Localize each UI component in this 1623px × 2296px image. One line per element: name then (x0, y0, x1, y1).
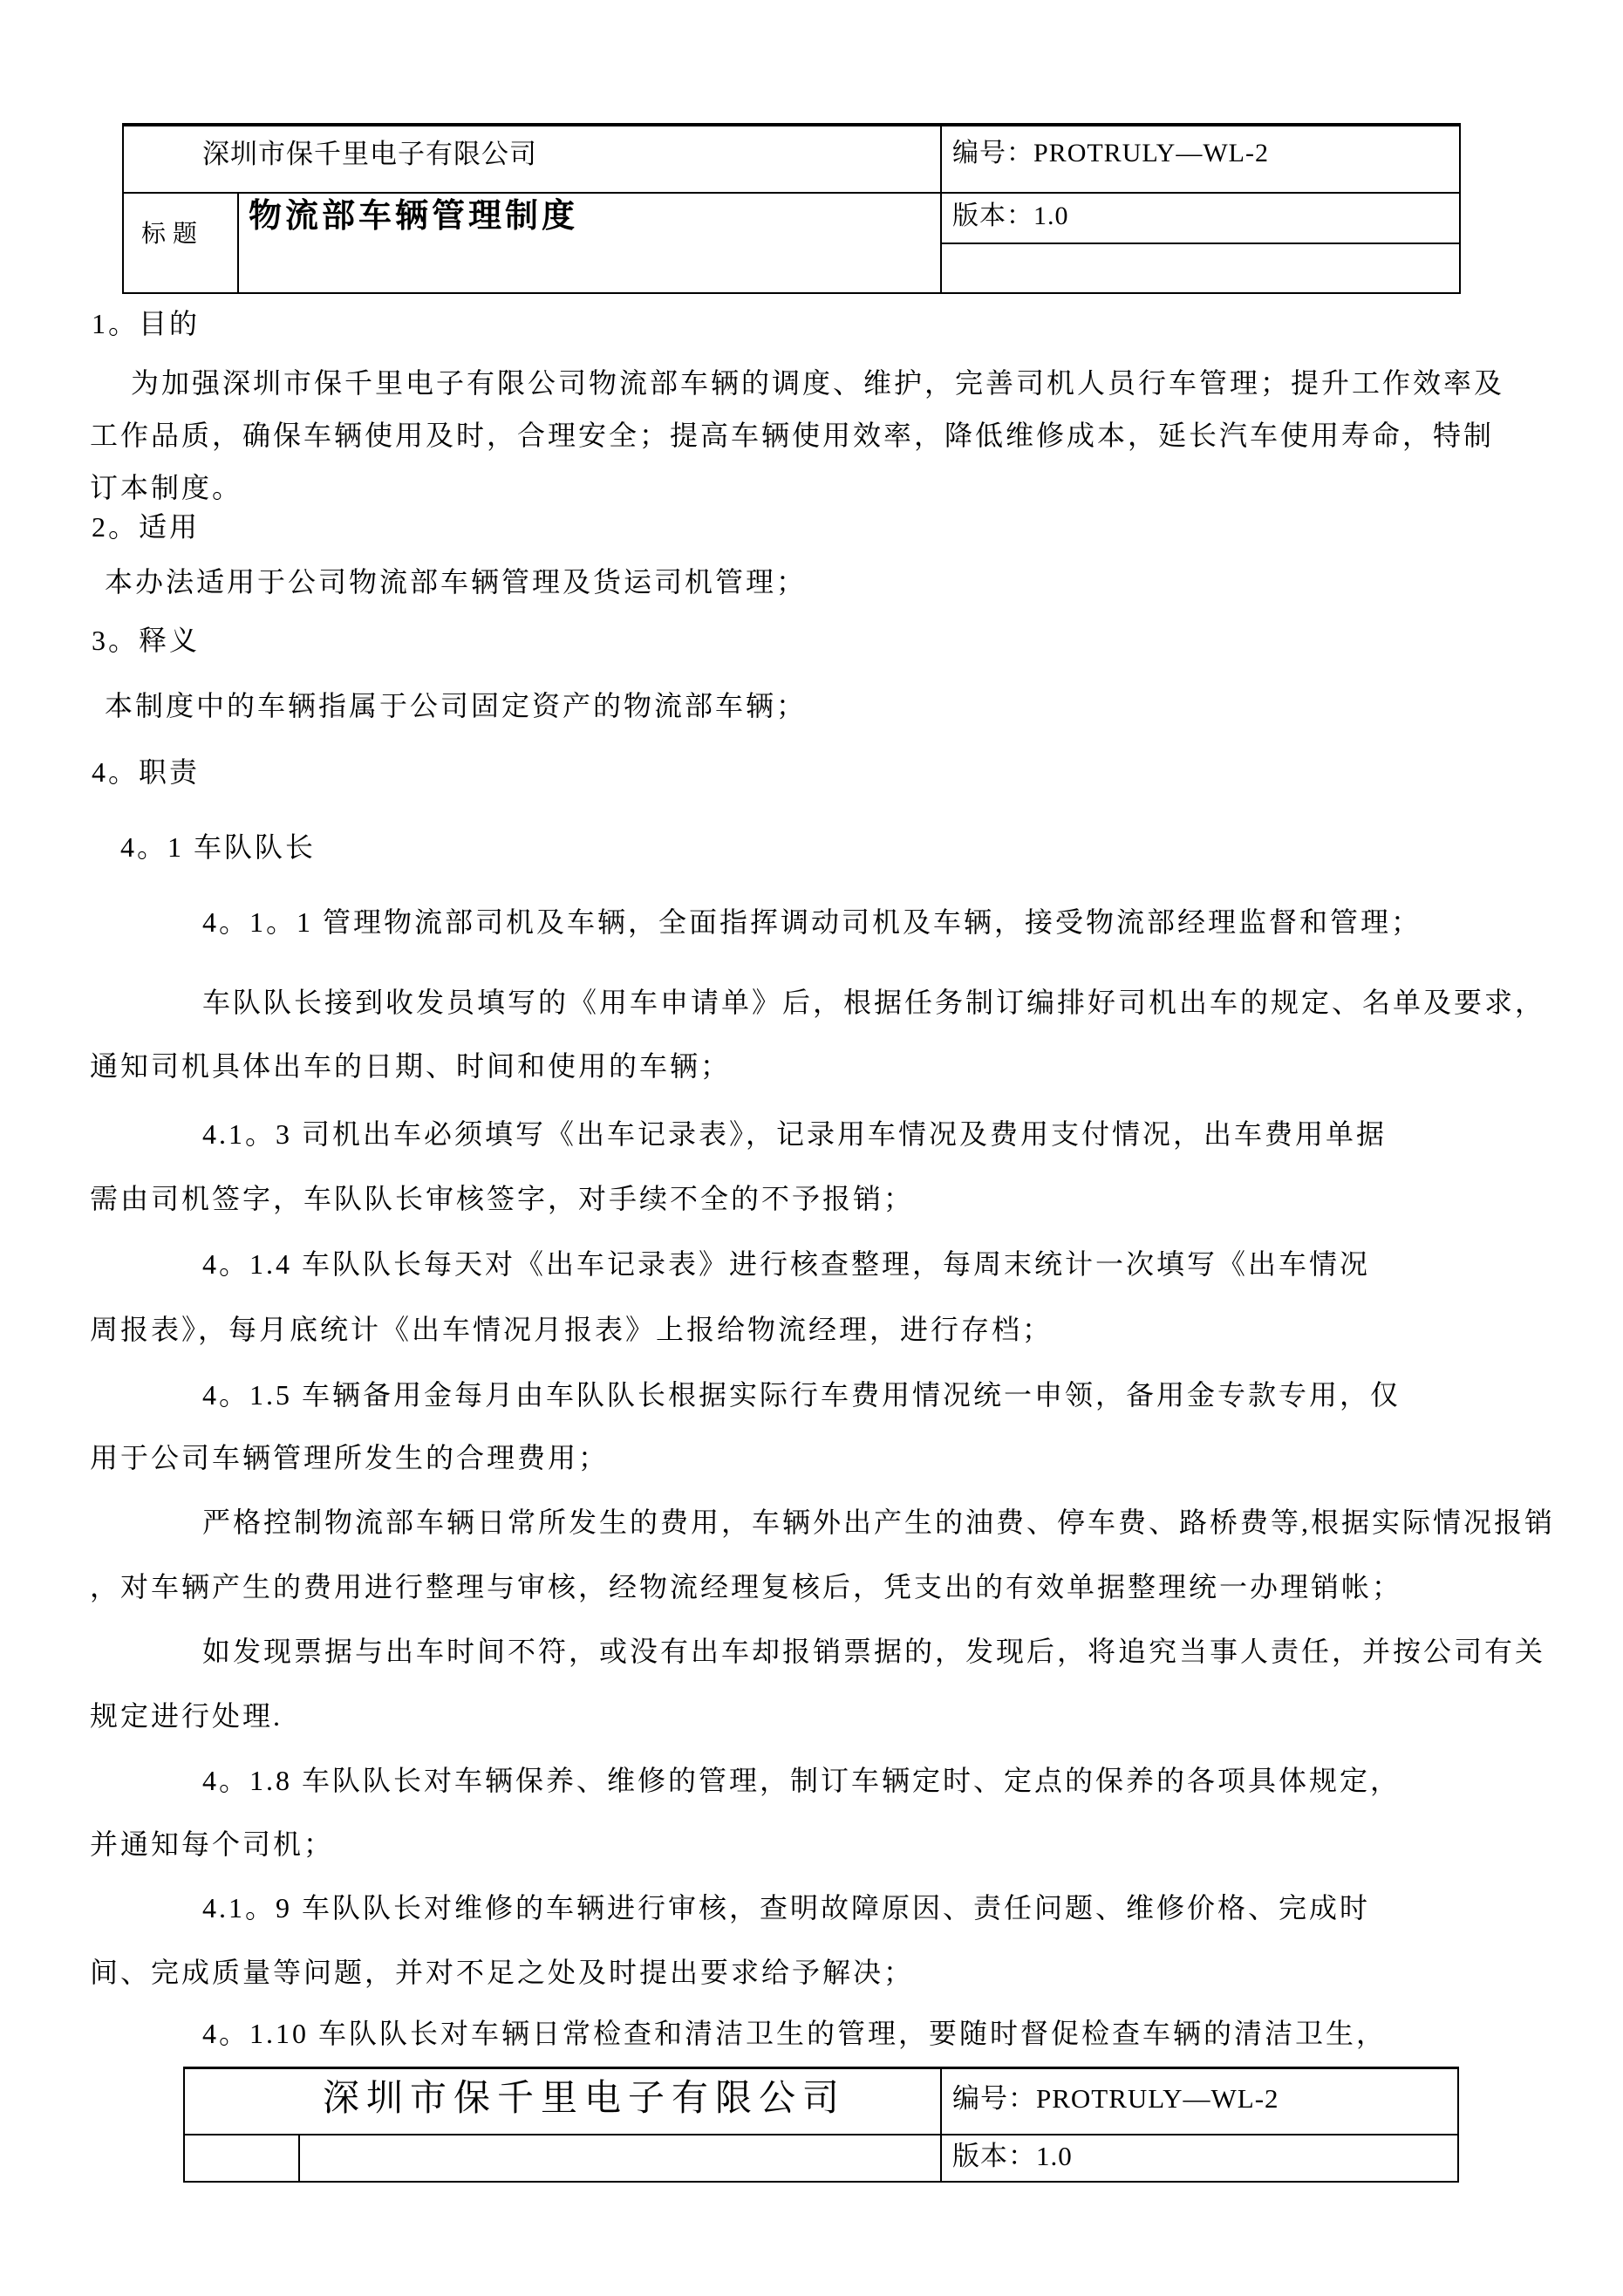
table-line (237, 192, 239, 292)
header-table-bottom: 深圳市保千里电子有限公司 编号：PROTRULY—WL-2 版本：1.0 (183, 2067, 1459, 2183)
table-line (185, 2134, 1457, 2135)
body-line: 4。职责 (92, 755, 200, 789)
body-line: 需由司机签字，车队队长审核签字，对手续不全的不予报销； (90, 1182, 914, 1215)
title-label: 标题 (141, 221, 204, 249)
body-line: 1。目的 (92, 307, 200, 340)
body-line: 4。1 车队队长 (120, 830, 316, 864)
document-page: 深圳市保千里电子有限公司 编号：PROTRULY—WL-2 标题 物流部车辆管理… (0, 0, 1623, 2296)
body-line: 4。1.10 车队队长对车辆日常检查和清洁卫生的管理，要随时督促检查车辆的清洁卫… (202, 2017, 1387, 2050)
body-line: 间、完成质量等问题，并对不足之处及时提出要求给予解决； (90, 1956, 914, 1989)
doc-title: 物流部车辆管理制度 (249, 198, 578, 236)
header-table-top: 深圳市保千里电子有限公司 编号：PROTRULY—WL-2 标题 物流部车辆管理… (122, 123, 1461, 294)
body-line: 2。适用 (92, 510, 200, 543)
body-line: 用于公司车辆管理所发生的合理费用； (90, 1441, 609, 1474)
body-line: 3。释义 (92, 624, 200, 657)
body-line: 订本制度。 (90, 471, 242, 504)
body-line: 周报表》，每月底统计《出车情况月报表》上报给物流经理，进行存档； (90, 1313, 1053, 1346)
doc-number-footer: 编号：PROTRULY—WL-2 (952, 2083, 1279, 2115)
body-line: 车队队长接到收发员填写的《用车申请单》后，根据任务制订编排好司机出车的规定、名单… (202, 986, 1545, 1019)
body-line: 4。1.5 车辆备用金每月由车队队长根据实际行车费用情况统一申领，备用金专款专用… (202, 1378, 1401, 1411)
company-name-footer: 深圳市保千里电子有限公司 (323, 2078, 846, 2120)
version: 版本：1.0 (952, 202, 1069, 232)
table-line (940, 126, 942, 292)
body-line: 严格控制物流部车辆日常所发生的费用，车辆外出产生的油费、停车费、路桥费等,根据实… (202, 1506, 1555, 1539)
body-line: 为加强深圳市保千里电子有限公司物流部车辆的调度、维护，完善司机人员行车管理；提升… (131, 366, 1504, 400)
table-line (940, 2069, 942, 2181)
body-line: 并通知每个司机； (90, 1828, 334, 1861)
body-line: 本制度中的车辆指属于公司固定资产的物流部车辆； (105, 689, 807, 722)
body-line: 4。1.8 车队队长对车辆保养、维修的管理，制订车辆定时、定点的保养的各项具体规… (202, 1764, 1401, 1797)
body-line: 4.1。3 司机出车必须填写《出车记录表》，记录用车情况及费用支付情况，出车费用… (202, 1117, 1387, 1151)
body-line: ，对车辆产生的费用进行整理与审核，经物流经理复核后，凭支出的有效单据整理统一办理… (90, 1570, 1402, 1603)
body-line: 4。1。1 管理物流部司机及车辆，全面指挥调动司机及车辆，接受物流部经理监督和管… (202, 905, 1422, 939)
version-footer: 版本：1.0 (952, 2141, 1073, 2172)
body-line: 通知司机具体出车的日期、时间和使用的车辆； (90, 1049, 731, 1083)
table-line (940, 243, 1459, 244)
body-line: 如发现票据与出车时间不符，或没有出车却报销票据的，发现后，将追究当事人责任，并按… (202, 1635, 1545, 1668)
body-line: 本办法适用于公司物流部车辆管理及货运司机管理； (105, 565, 807, 598)
table-line (298, 2134, 300, 2181)
body-line: 工作品质，确保车辆使用及时，合理安全；提高车辆使用效率，降低维修成本，延长汽车使… (90, 419, 1494, 452)
body-line: 4。1.4 车队队长每天对《出车记录表》进行核查整理，每周末统计一次填写《出车情… (202, 1247, 1370, 1281)
body-line: 规定进行处理. (90, 1699, 283, 1732)
table-line (124, 192, 1459, 194)
body-line: 4.1。9 车队队长对维修的车辆进行审核，查明故障原因、责任问题、维修价格、完成… (202, 1891, 1370, 1924)
company-name: 深圳市保千里电子有限公司 (202, 139, 537, 170)
doc-number: 编号：PROTRULY—WL-2 (952, 139, 1269, 169)
